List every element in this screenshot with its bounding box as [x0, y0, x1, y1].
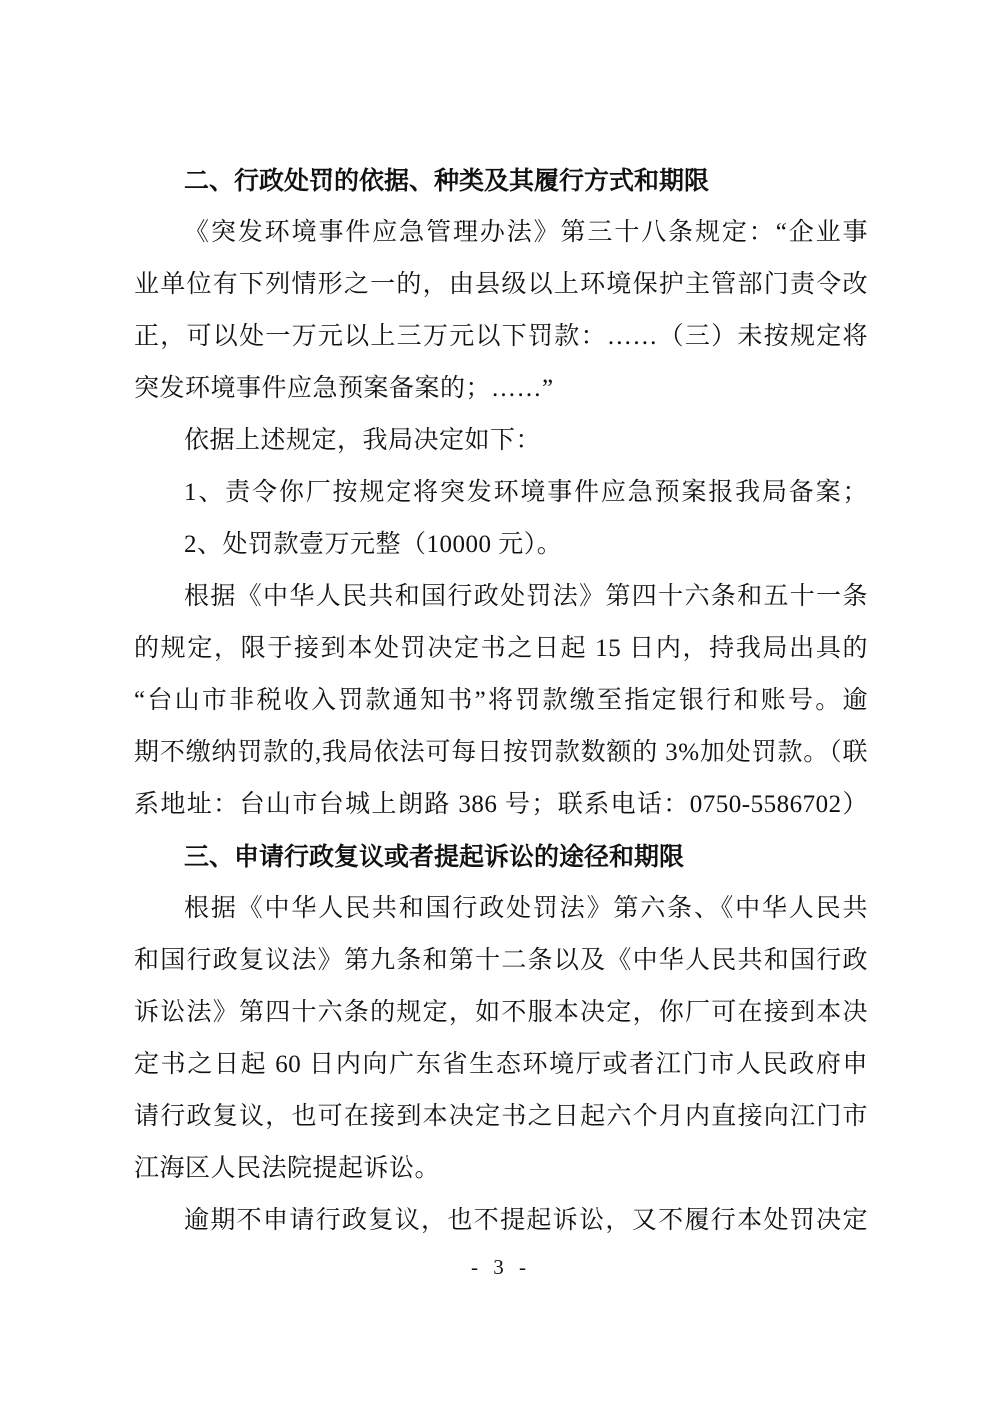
- doc-line: 业单位有下列情形之一的，由县级以上环境保护主管部门责令改: [134, 259, 868, 311]
- doc-line: 逾期不申请行政复议，也不提起诉讼，又不履行本处罚决定: [134, 1195, 868, 1247]
- document-body: 二、行政处罚的依据、种类及其履行方式和期限 《突发环境事件应急管理办法》第三十八…: [134, 155, 868, 1247]
- doc-line: 《突发环境事件应急管理办法》第三十八条规定：“企业事: [134, 207, 868, 259]
- doc-line: 和国行政复议法》第九条和第十二条以及《中华人民共和国行政: [134, 935, 868, 987]
- doc-line: 2、处罚款壹万元整（10000 元）。: [134, 519, 868, 571]
- doc-line: 正，可以处一万元以上三万元以下罚款：……（三）未按规定将: [134, 311, 868, 363]
- doc-line: 1、责令你厂按规定将突发环境事件应急预案报我局备案；: [134, 467, 868, 519]
- section-heading-2: 二、行政处罚的依据、种类及其履行方式和期限: [134, 155, 868, 207]
- doc-line: 根据《中华人民共和国行政处罚法》第六条、《中华人民共: [134, 883, 868, 935]
- doc-line: 根据《中华人民共和国行政处罚法》第四十六条和五十一条: [134, 571, 868, 623]
- doc-line: 系地址：台山市台城上朗路 386 号；联系电话：0750-5586702）: [134, 779, 868, 831]
- doc-line: 诉讼法》第四十六条的规定，如不服本决定，你厂可在接到本决: [134, 987, 868, 1039]
- document-page: 二、行政处罚的依据、种类及其履行方式和期限 《突发环境事件应急管理办法》第三十八…: [0, 0, 992, 1403]
- section-heading-3: 三、申请行政复议或者提起诉讼的途径和期限: [134, 831, 868, 883]
- doc-line: 突发环境事件应急预案备案的；……”: [134, 363, 868, 415]
- doc-line: 定书之日起 60 日内向广东省生态环境厅或者江门市人民政府申: [134, 1039, 868, 1091]
- doc-line: 的规定，限于接到本处罚决定书之日起 15 日内，持我局出具的: [134, 623, 868, 675]
- doc-line: 请行政复议，也可在接到本决定书之日起六个月内直接向江门市: [134, 1091, 868, 1143]
- page-number: - 3 -: [134, 1252, 868, 1282]
- doc-line: 江海区人民法院提起诉讼。: [134, 1143, 868, 1195]
- doc-line: 期不缴纳罚款的,我局依法可每日按罚款数额的 3%加处罚款。（联: [134, 727, 868, 779]
- doc-line: “台山市非税收入罚款通知书”将罚款缴至指定银行和账号。逾: [134, 675, 868, 727]
- doc-line: 依据上述规定，我局决定如下：: [134, 415, 868, 467]
